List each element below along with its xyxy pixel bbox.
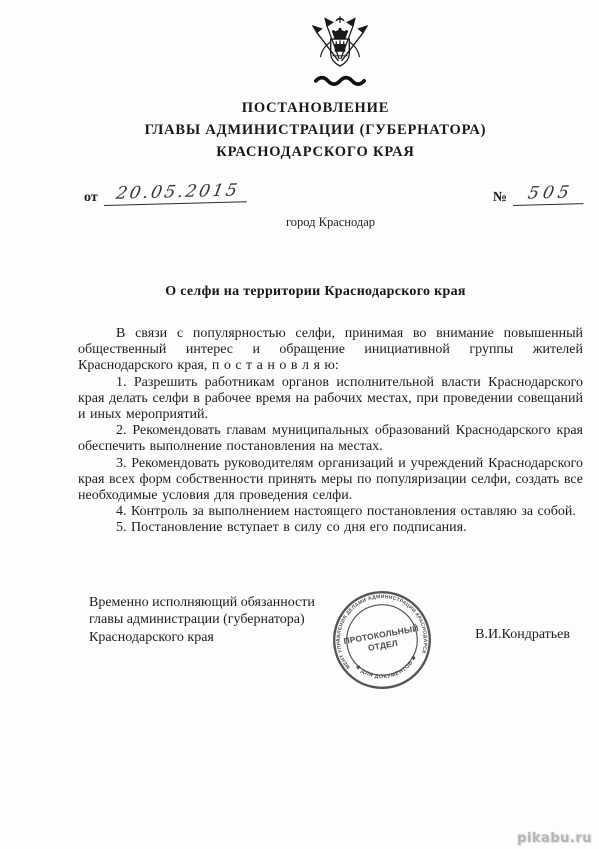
number-field: № 505	[493, 185, 583, 206]
document-page: ПОСТАНОВЛЕНИЕ ГЛАВЫ АДМИНИСТРАЦИИ (ГУБЕР…	[0, 0, 599, 849]
paragraph-item-2: 2. Рекомендовать главам муниципальных об…	[78, 423, 583, 455]
date-label: от	[84, 190, 98, 206]
city-line: город Краснодар	[0, 215, 599, 230]
number-handwritten-value: 505	[513, 183, 587, 206]
site-watermark: pikabu.ru	[517, 831, 592, 846]
paragraph-item-4: 4. Контроль за выполнением настоящего по…	[78, 504, 583, 520]
signer-name: В.И.Кондратьев	[475, 627, 570, 643]
paragraph-item-3: 3. Рекомендовать руководителям организац…	[78, 456, 583, 505]
number-label: №	[493, 190, 507, 206]
document-heading: ПОСТАНОВЛЕНИЕ ГЛАВЫ АДМИНИСТРАЦИИ (ГУБЕР…	[78, 97, 553, 163]
document-body: В связи с популярностью селфи, принимая …	[78, 326, 583, 537]
date-number-row: от 20.05.2015 № 505	[84, 184, 583, 206]
coat-of-arms-icon	[307, 14, 373, 92]
stamp-rim-bottom-text: ✱ ДЛЯ ДОКУМЕНТОВ ✱	[353, 653, 421, 685]
paragraph-item-1: 1. Разрешить работникам органов исполнит…	[78, 375, 583, 424]
date-handwritten-value: 20.05.2015	[104, 181, 251, 206]
heading-line-1: ПОСТАНОВЛЕНИЕ	[78, 97, 553, 119]
heading-line-3: КРАСНОДАРСКОГО КРАЯ	[78, 141, 553, 163]
paragraph-intro: В связи с популярностью селфи, принимая …	[78, 326, 583, 375]
heading-line-2: ГЛАВЫ АДМИНИСТРАЦИИ (ГУБЕРНАТОРА)	[78, 119, 553, 141]
round-stamp: ДЕПАРТАМЕНТ УПРАВЛЕНИЯ ДЕЛАМИ АДМИНИСТРА…	[322, 580, 442, 700]
paragraph-item-5: 5. Постановление вступает в силу со дня …	[78, 520, 583, 536]
date-field: от 20.05.2015	[84, 185, 246, 206]
document-subject: О селфи на территории Краснодарского кра…	[78, 284, 553, 300]
